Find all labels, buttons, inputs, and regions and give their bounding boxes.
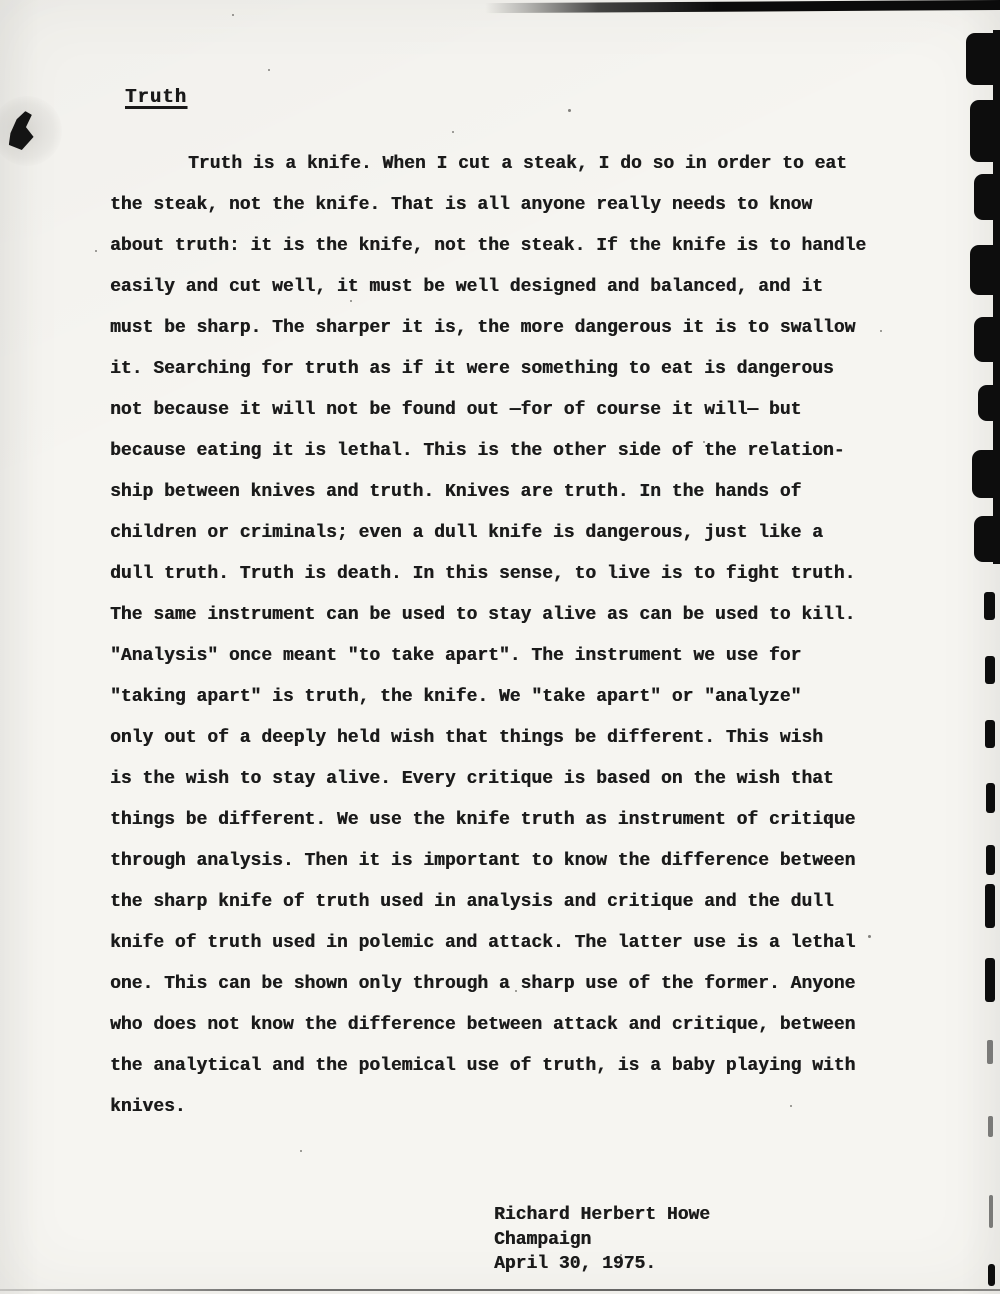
binding-mark bbox=[988, 1116, 993, 1137]
scan-edge-top bbox=[485, 0, 1000, 13]
binding-mark bbox=[987, 1040, 993, 1064]
text-line: ship between knives and truth. Knives ar… bbox=[110, 472, 900, 513]
text-line: dull truth. Truth is death. In this sens… bbox=[110, 554, 900, 595]
paper-speck bbox=[452, 131, 454, 133]
text-line: the sharp knife of truth used in analysi… bbox=[110, 882, 900, 923]
ink-smudge-halo bbox=[0, 96, 62, 166]
text-line: The same instrument can be used to stay … bbox=[110, 595, 900, 636]
binding-mark bbox=[974, 174, 1000, 220]
signature-line: Champaign bbox=[494, 1228, 710, 1253]
text-line: must be sharp. The sharper it is, the mo… bbox=[110, 308, 900, 349]
text-line: "taking apart" is truth, the knife. We "… bbox=[110, 677, 900, 718]
binding-edge-strip bbox=[993, 30, 1000, 564]
text-line: children or criminals; even a dull knife… bbox=[110, 513, 900, 554]
text-line: not because it will not be found out —fo… bbox=[110, 390, 900, 431]
text-line: "Analysis" once meant "to take apart". T… bbox=[110, 636, 900, 677]
paper-speck bbox=[568, 109, 571, 112]
paper-speck bbox=[232, 14, 234, 16]
binding-mark bbox=[984, 592, 995, 620]
text-line: the analytical and the polemical use of … bbox=[110, 1046, 900, 1087]
binding-mark bbox=[985, 884, 995, 928]
text-line: things be different. We use the knife tr… bbox=[110, 800, 900, 841]
text-line: through analysis. Then it is important t… bbox=[110, 841, 900, 882]
binding-mark bbox=[970, 245, 1000, 295]
binding-mark bbox=[985, 656, 995, 684]
text-line: Truth is a knife. When I cut a steak, I … bbox=[110, 144, 900, 185]
binding-mark bbox=[970, 100, 1000, 162]
text-line: because eating it is lethal. This is the… bbox=[110, 431, 900, 472]
signature-line: Richard Herbert Howe bbox=[494, 1203, 710, 1228]
binding-mark bbox=[974, 317, 1000, 362]
text-line: easily and cut well, it must be well des… bbox=[110, 267, 900, 308]
binding-mark bbox=[966, 33, 1000, 85]
body-text: Truth is a knife. When I cut a steak, I … bbox=[110, 144, 900, 1128]
binding-mark bbox=[986, 845, 995, 875]
text-line: one. This can be shown only through a sh… bbox=[110, 964, 900, 1005]
binding-mark bbox=[978, 385, 1000, 421]
text-line: knife of truth used in polemic and attac… bbox=[110, 923, 900, 964]
binding-mark bbox=[989, 1195, 993, 1228]
ink-smudge-mark bbox=[4, 110, 36, 151]
signature-line: April 30, 1975. bbox=[494, 1252, 710, 1277]
paper-speck bbox=[268, 69, 270, 71]
binding-mark bbox=[974, 516, 1000, 562]
binding-mark bbox=[986, 783, 995, 813]
text-line: about truth: it is the knife, not the st… bbox=[110, 226, 900, 267]
document-page: Truth Truth is a knife. When I cut a ste… bbox=[0, 0, 1000, 1294]
text-line: is the wish to stay alive. Every critiqu… bbox=[110, 759, 900, 800]
binding-mark bbox=[985, 958, 995, 1002]
text-line: it. Searching for truth as if it were so… bbox=[110, 349, 900, 390]
text-line: the steak, not the knife. That is all an… bbox=[110, 185, 900, 226]
signature-block: Richard Herbert HoweChampaignApril 30, 1… bbox=[494, 1203, 710, 1277]
binding-mark bbox=[988, 1264, 995, 1286]
scan-edge-bottom bbox=[0, 1289, 1000, 1291]
document-title: Truth bbox=[125, 86, 187, 108]
text-line: only out of a deeply held wish that thin… bbox=[110, 718, 900, 759]
binding-mark bbox=[972, 450, 1000, 498]
binding-mark bbox=[985, 720, 995, 748]
paper-speck bbox=[300, 1150, 302, 1152]
text-line: who does not know the difference between… bbox=[110, 1005, 900, 1046]
paper-speck bbox=[95, 250, 97, 252]
text-line: knives. bbox=[110, 1087, 900, 1128]
